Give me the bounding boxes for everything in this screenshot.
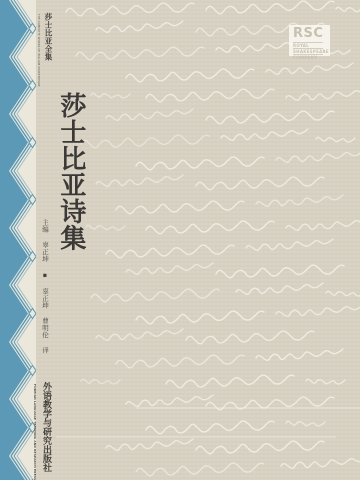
- zigzag-border-decoration: [0, 0, 36, 480]
- rsc-logo-small-text: ROYAL SHAKESPEARE COMPANY: [293, 42, 323, 60]
- publisher-name: 外语教学与研究出版社: [40, 382, 53, 472]
- book-cover: 莎士比亚全集 THE COMPLETE WORKS OF WILLIAM SHA…: [0, 0, 360, 480]
- series-label-en: THE COMPLETE WORKS OF WILLIAM SHAKESPEAR…: [37, 14, 40, 87]
- series-label-en-wrap: THE COMPLETE WORKS OF WILLIAM SHAKESPEAR…: [37, 14, 43, 74]
- publisher-name-en: FOREIGN LANGUAGE TEACHING AND RESEARCH P…: [33, 384, 37, 480]
- rsc-logo-line: SHAKESPEARE: [293, 48, 323, 54]
- credits-line: 主编 辜正坤 ▪ 辜正坤 曹明伦 译: [41, 219, 50, 354]
- publisher-name-en-wrap: FOREIGN LANGUAGE TEACHING AND RESEARCH P…: [33, 384, 39, 474]
- rsc-logo: RSC ROYAL SHAKESPEARE COMPANY: [289, 25, 330, 56]
- rsc-logo-line: COMPANY: [293, 54, 323, 60]
- book-title: 莎士比亚诗集: [55, 92, 85, 251]
- series-label: 莎士比亚全集: [43, 13, 54, 61]
- rsc-logo-acronym: RSC: [293, 27, 330, 40]
